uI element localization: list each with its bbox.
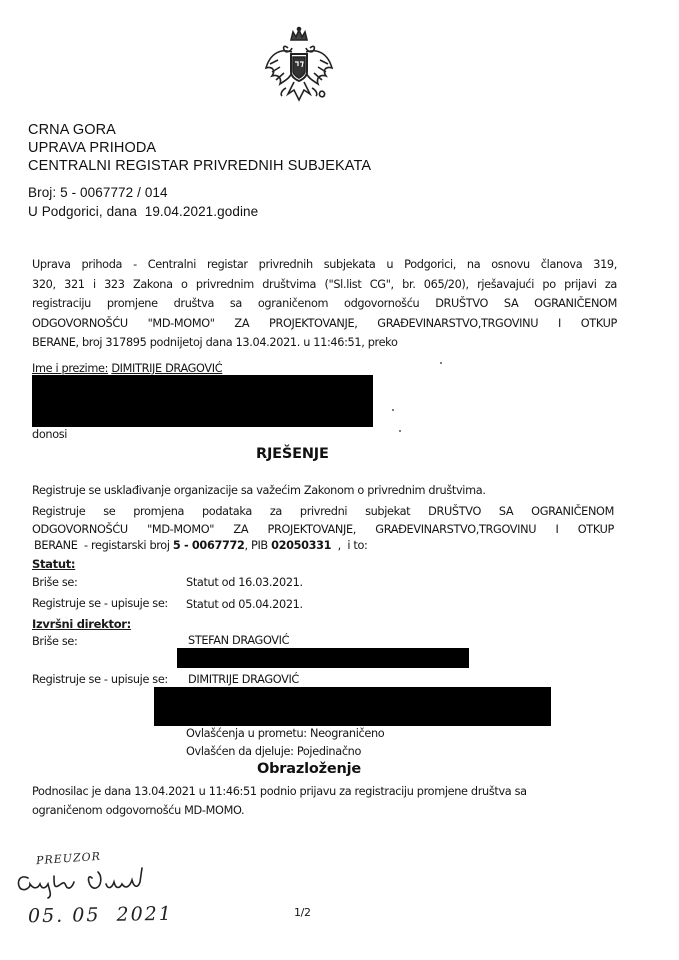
decision-line: Registruje se usklađivanje organizacije … — [32, 484, 486, 497]
reasoning-line: ograničenom odgovornošću MD-MOMO. — [32, 804, 244, 817]
redaction-box — [177, 648, 469, 668]
place-date: U Podgorici, dana 19.04.2021.godine — [28, 204, 258, 219]
reg-suffix: , i to: — [331, 539, 367, 552]
scan-speck — [440, 362, 442, 364]
director-delete-label: Briše se: — [32, 635, 77, 648]
intro-paragraph: Uprava prihoda - Centralni registar priv… — [32, 255, 617, 353]
authority-act: Ovlašćen da djeluje: Pojedinačno — [186, 745, 361, 758]
applicant-label: Ime i prezime: — [32, 362, 108, 375]
intro-line: BERANE, broj 317895 podnijetoj dana 13.0… — [32, 333, 617, 353]
page-number: 1/2 — [294, 906, 311, 919]
intro-line: 320, 321 i 323 Zakona o privrednim društ… — [32, 275, 617, 295]
reasoning-line: Podnosilac je dana 13.04.2021 u 11:46:51… — [32, 785, 527, 798]
donosi-text: donosi — [32, 428, 67, 441]
pib-value: 02050331 — [271, 539, 331, 552]
registration-number: 5 - 0067772 — [173, 539, 245, 552]
statut-delete-label: Briše se: — [32, 576, 77, 589]
redaction-box — [154, 687, 551, 726]
handwritten-signature — [14, 864, 184, 905]
statut-register-label: Registruje se - upisuje se: — [32, 597, 168, 610]
director-heading: Izvršni direktor: — [32, 617, 131, 631]
decision-line-registration: BERANE - registarski broj 5 - 0067772, P… — [34, 539, 368, 552]
applicant-line: Ime i prezime: DIMITRIJE DRAGOVIĆ — [32, 362, 222, 375]
decision-line: Registruje se promjena podataka za privr… — [32, 503, 614, 521]
scan-speck — [392, 409, 394, 411]
director-register-value: DIMITRIJE DRAGOVIĆ — [188, 673, 299, 686]
decision-title: RJEŠENJE — [256, 446, 329, 462]
intro-line: registraciju promjene društva sa ogranič… — [32, 294, 617, 314]
director-delete-value: STEFAN DRAGOVIĆ — [188, 634, 289, 647]
header-authority: UPRAVA PRIHODA — [28, 140, 156, 156]
intro-line: Uprava prihoda - Centralni registar priv… — [32, 255, 617, 275]
reg-prefix: BERANE - registarski broj — [34, 539, 173, 552]
applicant-name: DIMITRIJE DRAGOVIĆ — [111, 362, 222, 375]
pib-label: , PIB — [245, 539, 272, 552]
handwritten-date: 05. 05 2021 — [28, 903, 173, 928]
scan-speck — [399, 430, 401, 432]
statut-register-value: Statut od 05.04.2021. — [186, 598, 303, 611]
header-country: CRNA GORA — [28, 122, 116, 138]
decision-paragraph: Registruje se promjena podataka za privr… — [32, 503, 614, 539]
authority-traffic: Ovlašćenja u prometu: Neograničeno — [186, 727, 384, 740]
statut-delete-value: Statut od 16.03.2021. — [186, 576, 303, 589]
header-registry: CENTRALNI REGISTAR PRIVREDNIH SUBJEKATA — [28, 158, 371, 174]
intro-line: ODGOVORNOŠĆU "MD-MOMO" ZA PROJEKTOVANJE,… — [32, 314, 617, 334]
reasoning-title: Obrazloženje — [257, 761, 361, 777]
redaction-box — [32, 375, 373, 427]
decision-line: ODGOVORNOŠĆU "MD-MOMO" ZA PROJEKTOVANJE,… — [32, 521, 614, 539]
coat-of-arms-icon — [258, 26, 340, 108]
statut-heading: Statut: — [32, 557, 75, 571]
document-number: Broj: 5 - 0067772 / 014 — [28, 185, 168, 200]
director-register-label: Registruje se - upisuje se: — [32, 673, 168, 686]
